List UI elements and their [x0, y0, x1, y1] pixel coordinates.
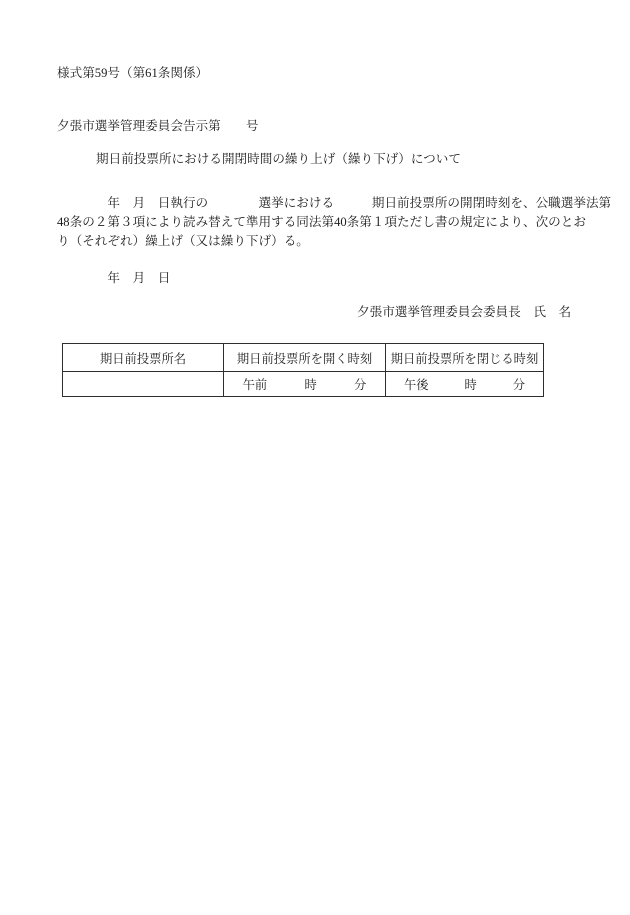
cell-close-time: 午後 時 分	[386, 372, 544, 397]
column-header-station-name: 期日前投票所名	[63, 344, 224, 372]
notice-number: 夕張市選挙管理委員会告示第 号	[57, 119, 259, 134]
cell-open-time: 午前 時 分	[224, 372, 386, 397]
table-header-row: 期日前投票所名 期日前投票所を開く時刻 期日前投票所を閉じる時刻	[63, 344, 544, 372]
cell-station-name	[63, 372, 224, 397]
body-paragraph-line-2: 48条の２第３項により読み替えて準用する同法第40条第１項ただし書の規定により、…	[57, 215, 586, 230]
form-number: 様式第59号（第61条関係）	[57, 66, 208, 81]
document-title: 期日前投票所における開閉時間の繰り上げ（繰り下げ）について	[96, 152, 461, 167]
close-time-minute-label: 分	[513, 375, 525, 393]
open-time-ampm: 午前	[243, 375, 268, 393]
column-header-open-time: 期日前投票所を開く時刻	[224, 344, 386, 372]
close-time-hour-label: 時	[464, 375, 476, 393]
body-paragraph-line-1: 年 月 日執行の 選挙における 期日前投票所の開閉時刻を、公職選挙法第	[57, 196, 611, 211]
body-paragraph-line-3: り（それぞれ）繰上げ（又は繰り下げ）る。	[57, 234, 309, 249]
open-time-minute-label: 分	[354, 375, 366, 393]
advance-voting-table: 期日前投票所名 期日前投票所を開く時刻 期日前投票所を閉じる時刻 午前 時 分 …	[62, 343, 544, 397]
column-header-close-time: 期日前投票所を閉じる時刻	[386, 344, 544, 372]
table-data-row: 午前 時 分 午後 時 分	[63, 372, 544, 397]
signature-line: 夕張市選挙管理委員会委員長 氏 名	[357, 305, 571, 320]
close-time-parts: 午後 時 分	[386, 375, 543, 393]
open-time-parts: 午前 時 分	[224, 375, 385, 393]
close-time-ampm: 午後	[404, 375, 429, 393]
open-time-hour-label: 時	[304, 375, 316, 393]
date-line: 年 月 日	[57, 271, 170, 286]
